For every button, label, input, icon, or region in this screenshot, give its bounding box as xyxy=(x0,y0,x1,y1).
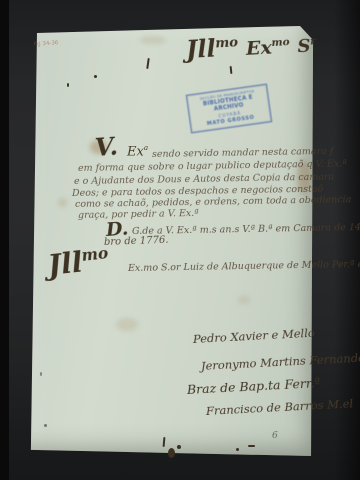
salutation: Jllmo Exmo Sr xyxy=(185,31,316,62)
stain xyxy=(140,36,166,44)
paragraph-opening: Exa xyxy=(127,144,148,158)
paragraph-initial: V. xyxy=(94,134,118,160)
ink-blot xyxy=(168,448,175,458)
ink-speck xyxy=(44,424,47,427)
ink-speck xyxy=(40,372,42,376)
handwritten-line: graça, por pedir a V. Ex.ª xyxy=(78,209,199,221)
stain xyxy=(116,318,138,331)
ink-speck xyxy=(94,75,97,78)
stain xyxy=(58,198,67,207)
ink-speck xyxy=(177,445,181,449)
ink-speck xyxy=(67,83,69,87)
page-number: 6 xyxy=(272,431,278,441)
backdrop-left-edge xyxy=(0,0,9,480)
ink-speck xyxy=(248,445,255,447)
archive-photo: Fg 34-36 Jllmo Exmo Sr SECÇÃO DE MANUSCR… xyxy=(0,0,360,480)
stamp-line: MATO GROSSO xyxy=(207,115,255,128)
salutation-word: Exmo xyxy=(245,36,290,60)
salutation-word: Sr xyxy=(297,35,316,57)
ink-speck xyxy=(236,448,239,451)
stain xyxy=(238,296,250,304)
salutation-word: Jllmo xyxy=(185,32,239,64)
document-page xyxy=(28,22,318,460)
